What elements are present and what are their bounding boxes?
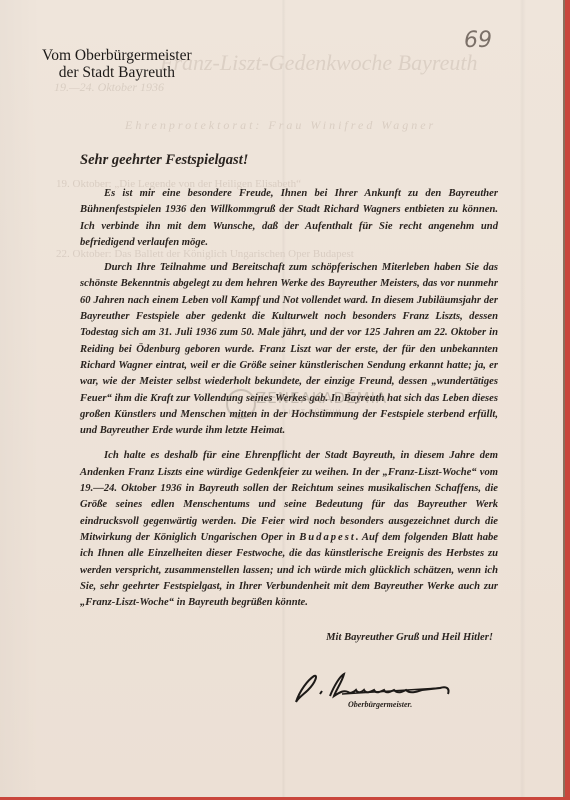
bleed-through-date: 19.—24. Oktober 1936	[54, 80, 164, 95]
closing-greeting: Mit Bayreuther Gruß und Heil Hitler!	[326, 632, 493, 643]
paragraph-3-part-2: . Auf dem folgenden Blatt habe ich Ihnen…	[80, 532, 498, 608]
watermark-logo-icon	[226, 389, 256, 419]
paragraph-3: Ich halte es deshalb für eine Ehrenpflic…	[80, 448, 498, 611]
salutation: Sehr geehrter Festspielgast!	[80, 152, 248, 169]
paragraph-3-part-1: Ich halte es deshalb für eine Ehrenpflic…	[80, 450, 498, 542]
sender-heading: Vom Oberbürgermeister der Stadt Bayreuth	[42, 47, 192, 81]
paragraph-1: Es ist mir eine besondere Freude, Ihnen …	[80, 186, 498, 251]
archive-number: 69	[464, 28, 492, 53]
watermark-stamp: ZENEAKADÉMIA LISZT MÚZEUM	[226, 387, 376, 423]
city-emphasis: Budapest	[299, 532, 356, 543]
sender-line-1: Vom Oberbürgermeister	[42, 47, 192, 64]
bleed-through-title: Franz-Liszt-Gedenkwoche Bayreuth	[160, 50, 478, 76]
signature-title: Oberbürgermeister.	[348, 700, 412, 709]
watermark-main-text: ZENEAKADÉMIA	[256, 389, 387, 407]
bleed-through-patron: Ehrenprotektorat: Frau Winifred Wagner	[125, 118, 436, 133]
letter-page: Franz-Liszt-Gedenkwoche Bayreuth 19.—24.…	[0, 0, 565, 797]
sender-line-2: der Stadt Bayreuth	[42, 64, 192, 81]
watermark-sub-text: LISZT MÚZEUM	[284, 409, 342, 416]
